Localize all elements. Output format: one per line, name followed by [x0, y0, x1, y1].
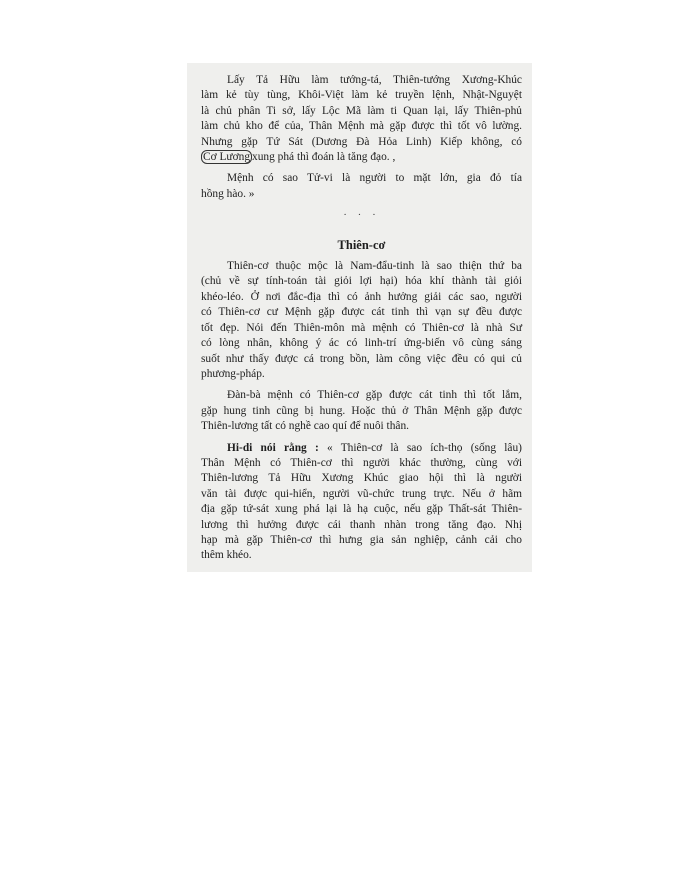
text-line: Mệnh có sao Tử-vi là người to mặt lớn, g…: [201, 171, 522, 186]
text-line: Thiên-lương Tả Hữu Xương Khúc giao hội t…: [201, 471, 522, 486]
text-line: Thiên-lương tất có nghề cao quí để nuôi …: [201, 419, 522, 434]
text-line: Đàn-bà mệnh có Thiên-cơ gặp được cát tin…: [201, 388, 522, 403]
text-line: Thiên-cơ thuộc mộc là Nam-đẩu-tinh là sa…: [201, 259, 522, 274]
text-line: tốt đẹp. Nói đến Thiên-môn mà mệnh có Th…: [201, 321, 522, 336]
text-line: hạp mà gặp Thiên-cơ thì hưng gia sản ngh…: [201, 533, 522, 548]
text-line: có Thiên-cơ cư Mệnh gặp được cát tinh th…: [201, 305, 522, 320]
text-line: có lòng nhân, không ý ác có linh-trí ứng…: [201, 336, 522, 351]
text-line: gặp hung tinh cũng bị hung. Hoặc thủ ở T…: [201, 404, 522, 419]
text-line: hồng hào. »: [201, 187, 522, 202]
text-line: địa gặp tứ-sát xung phá lại là hạ cuộc, …: [201, 502, 522, 517]
text-line: là chủ phân Ti sở, lấy Lộc Mã làm ti Qua…: [201, 104, 522, 119]
text-line: làm chủ kho để của, Thân Mệnh mà gặp đượ…: [201, 119, 522, 134]
circled-phrase: Cơ Lương: [201, 150, 252, 164]
text-line: lương thì hưởng được cái thanh nhàn tron…: [201, 518, 522, 533]
section-ornament: · · ·: [201, 208, 522, 223]
paragraph-hi-di-quote: Hi-di nói rằng : « Thiên-cơ là sao ích-t…: [201, 441, 522, 564]
text-fragment: « Thiên-cơ là sao ích-thọ (sống lâu): [327, 442, 522, 454]
text-line: Thân Mệnh có Thiên-cơ thì người khác thư…: [201, 456, 522, 471]
paragraph-women: Đàn-bà mệnh có Thiên-cơ gặp được cát tin…: [201, 388, 522, 434]
paragraph-generals: Lấy Tả Hữu làm tướng-tá, Thiên-tướng Xươ…: [201, 73, 522, 165]
text-line: làm kẻ tùy tùng, Khôi-Việt làm kẻ truyền…: [201, 88, 522, 103]
text-line: Cơ Lươngxung phá thì đoán là tăng đạo. ,: [201, 150, 522, 165]
text-line: thêm khéo.: [201, 548, 522, 563]
text-line: phương-pháp.: [201, 367, 522, 382]
paragraph-thien-co-intro: Thiên-cơ thuộc mộc là Nam-đẩu-tinh là sa…: [201, 259, 522, 382]
text-line: (chủ về sự tính-toán tài giỏi lợi hại) h…: [201, 274, 522, 289]
section-heading: Thiên-cơ: [201, 238, 522, 253]
text-line: Nhưng gặp Tứ Sát (Dương Đà Hỏa Linh) Kiế…: [201, 135, 522, 150]
text-fragment: xung phá thì đoán là tăng đạo. ,: [252, 151, 395, 163]
scanned-book-page: Lấy Tả Hữu làm tướng-tá, Thiên-tướng Xươ…: [187, 63, 532, 572]
text-line: Hi-di nói rằng : « Thiên-cơ là sao ích-t…: [201, 441, 522, 456]
text-line: khéo-léo. Ở nơi đắc-địa thì có ảnh hưởng…: [201, 290, 522, 305]
quote-lead: Hi-di nói rằng :: [227, 442, 319, 454]
paragraph-tu-vi: Mệnh có sao Tử-vi là người to mặt lớn, g…: [201, 171, 522, 202]
text-line: Lấy Tả Hữu làm tướng-tá, Thiên-tướng Xươ…: [201, 73, 522, 88]
text-line: văn tài được qui-hiển, người vũ-chức tru…: [201, 487, 522, 502]
text-line: suốt như thấy được cá trong bồn, làm côn…: [201, 352, 522, 367]
